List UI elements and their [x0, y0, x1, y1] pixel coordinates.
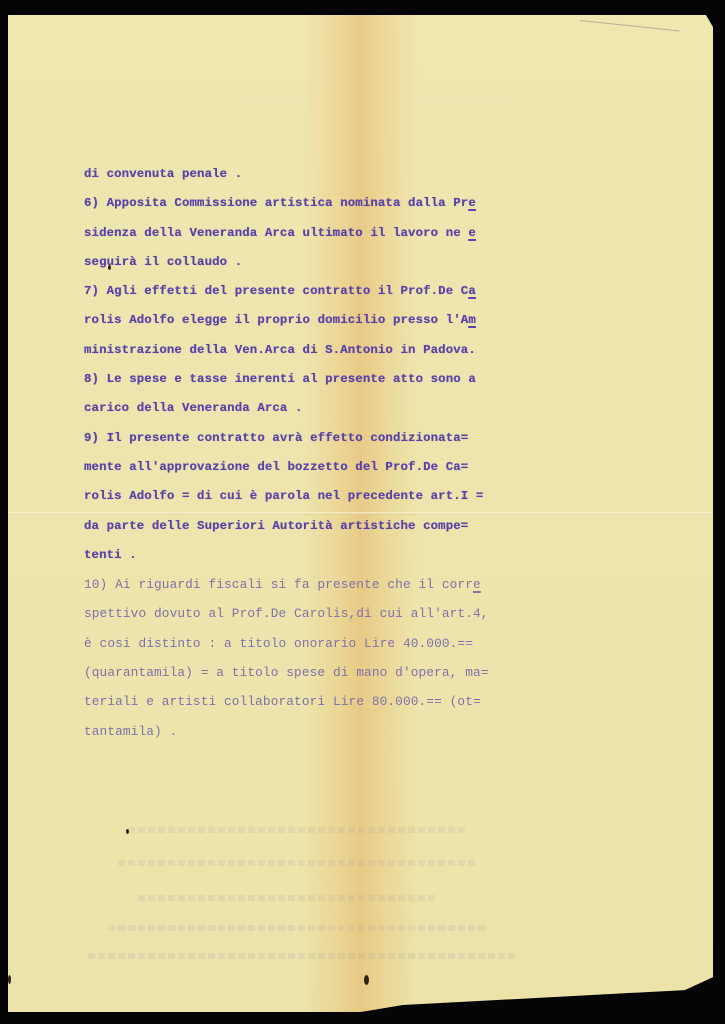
- underlined-syllable: e: [473, 577, 481, 592]
- text-line-article-10: 10) Ai riguardi fiscali si fa presente c…: [84, 570, 544, 599]
- text-line: ministrazione della Ven.Arca di S.Antoni…: [84, 336, 544, 365]
- text-line-article-9: 9) Il presente contratto avrà effetto co…: [84, 424, 544, 453]
- text-line: tenti .: [84, 541, 544, 570]
- text-line: seguirà il collaudo .: [84, 248, 544, 277]
- text-line: (quarantamila) = a titolo spese di mano …: [84, 658, 544, 687]
- text-line: carico della Veneranda Arca .: [84, 394, 544, 423]
- text-line: di convenuta penale .: [84, 160, 544, 189]
- underlined-syllable: e: [468, 196, 476, 210]
- text-line: è cosi distinto : a titolo onorario Lire…: [84, 629, 544, 658]
- ink-speck: [364, 975, 369, 985]
- text-line: rolis Adolfo elegge il proprio domicilio…: [84, 306, 544, 335]
- show-through-text: [118, 860, 478, 866]
- underlined-syllable: m: [468, 313, 476, 327]
- text-line: da parte delle Superiori Autorità artist…: [84, 512, 544, 541]
- underlined-syllable: a: [468, 284, 476, 298]
- text-line-article-8: 8) Le spese e tasse inerenti al presente…: [84, 365, 544, 394]
- ink-speck: [8, 975, 11, 984]
- pencil-mark: [579, 20, 680, 41]
- show-through-text: [108, 925, 488, 931]
- text-line-article-7: 7) Agli effetti del presente contratto i…: [84, 277, 544, 306]
- text-line: spettivo dovuto al Prof.De Carolis,di cu…: [84, 599, 544, 628]
- text-line-article-6: 6) Apposita Commissione artistica nomina…: [84, 189, 544, 218]
- text-line: rolis Adolfo = di cui è parola nel prece…: [84, 482, 544, 511]
- text-line: sidenza della Veneranda Arca ultimato il…: [84, 219, 544, 248]
- text-line: teriali e artisti collaboratori Lire 80.…: [84, 687, 544, 716]
- text-line: mente all'approvazione del bozzetto del …: [84, 453, 544, 482]
- show-through-text: [128, 827, 468, 833]
- show-through-text: [138, 895, 438, 901]
- text-line: tantamila) .: [84, 717, 544, 746]
- contract-text: di convenuta penale . 6) Apposita Commis…: [84, 160, 544, 746]
- show-through-text: [88, 953, 518, 959]
- underlined-syllable: e: [468, 226, 476, 240]
